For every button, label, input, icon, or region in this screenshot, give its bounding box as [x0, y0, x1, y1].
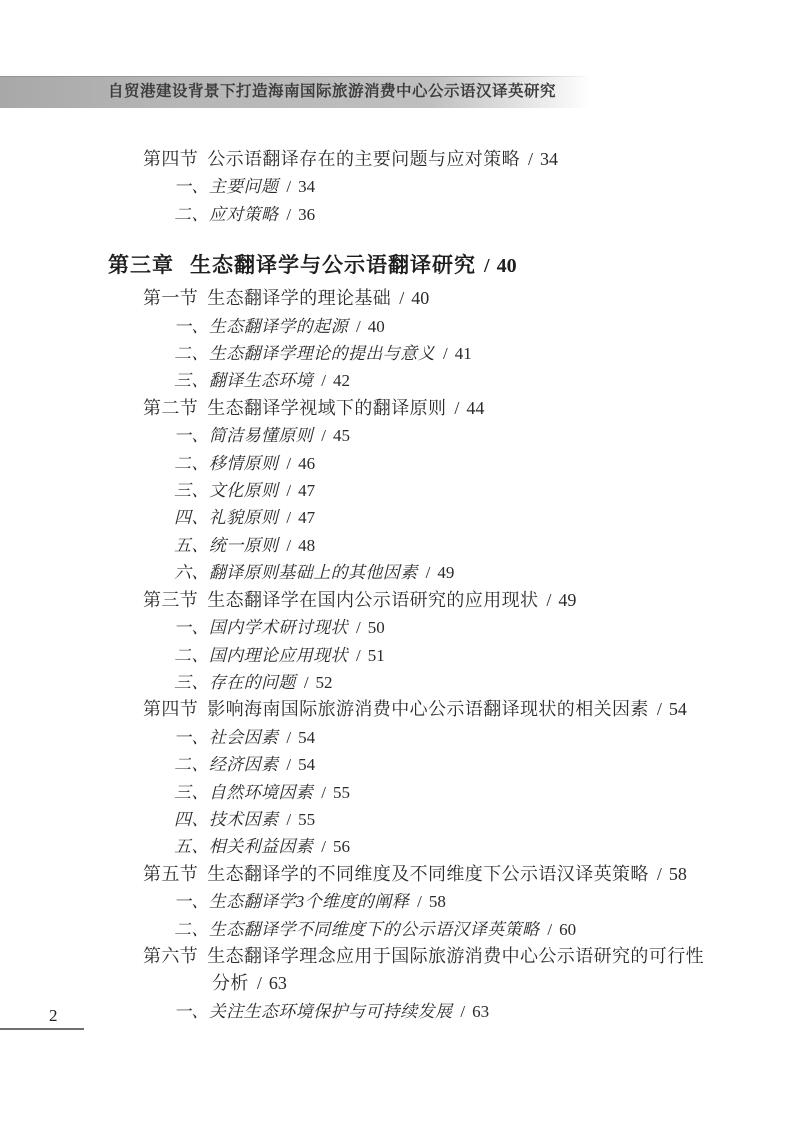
toc-entry: 第五节生态翻译学的不同维度及不同维度下公示语汉译英策略/58	[0, 861, 799, 888]
toc-entry-title: 经济因素	[209, 755, 279, 774]
toc-entry-page: 54	[298, 755, 315, 774]
toc-entry-label: 三、	[174, 481, 209, 500]
toc-entry-pageref: /58	[409, 892, 446, 911]
toc-entry-title: 礼貌原则	[209, 508, 279, 527]
page-separator: /	[356, 618, 361, 637]
toc-entry-label: 第四节	[143, 699, 198, 719]
toc-entry-pageref: /58	[649, 864, 687, 884]
toc-entry-title: 生态翻译学理论的提出与意义	[209, 344, 435, 363]
toc-entry-title: 移情原则	[209, 454, 279, 473]
toc-entry-pageref: /63	[249, 973, 287, 993]
page-separator: /	[286, 728, 291, 747]
toc-entry-label: 第三章	[108, 254, 174, 277]
toc-entry-page: 34	[540, 149, 558, 169]
toc-entry-page: 34	[298, 177, 315, 196]
toc-entry-title: 应对策略	[209, 205, 279, 224]
toc-entry-title: 简洁易懂原则	[209, 426, 313, 445]
toc-entry-page: 56	[333, 837, 350, 856]
page-separator: /	[356, 317, 361, 336]
page-separator: /	[528, 149, 533, 169]
toc-entry-page: 49	[558, 590, 576, 610]
page-separator: /	[286, 536, 291, 555]
toc-entry-pageref: /36	[278, 205, 315, 224]
page-footer: 2	[0, 1001, 84, 1030]
toc-entry-label: 第三节	[143, 590, 198, 610]
toc-entry: 一、主要问题/34	[0, 173, 799, 200]
toc-entry-pageref: /55	[313, 783, 350, 802]
toc-entry-pageref: /40	[391, 288, 429, 308]
toc-entry: 三、翻译生态环境/42	[0, 367, 799, 394]
toc-entry-title: 国内学术研讨现状	[209, 618, 348, 637]
toc-entry-pageref: /52	[296, 673, 333, 692]
page-separator: /	[399, 288, 404, 308]
toc-entry-title: 社会因素	[209, 728, 279, 747]
toc-entry-page: 40	[368, 317, 385, 336]
toc-entry-page: 45	[333, 426, 350, 445]
toc-entry-pageref: /48	[278, 536, 315, 555]
toc-entry-pageref: /60	[539, 920, 576, 939]
toc-entry-pageref: /42	[313, 371, 350, 390]
toc-entry-label: 二、	[174, 454, 209, 473]
toc-entry-page: 63	[472, 1002, 489, 1021]
toc-entry-title: 相关利益因素	[209, 837, 313, 856]
toc-entry-title: 自然环境因素	[209, 783, 313, 802]
toc-entry: 二、应对策略/36	[0, 201, 799, 228]
toc-entry-label: 二、	[174, 755, 209, 774]
toc-entry-title: 翻译生态环境	[209, 371, 313, 390]
toc-entry-page: 44	[466, 398, 484, 418]
toc-entry-label: 第五节	[143, 864, 198, 884]
toc-entry-pageref: /55	[278, 810, 315, 829]
toc-entry-pageref: /51	[348, 646, 385, 665]
toc-entry-label: 一、	[174, 426, 209, 445]
page-separator: /	[286, 454, 291, 473]
page-separator: /	[417, 892, 422, 911]
toc-entry-page: 58	[429, 892, 446, 911]
toc-entry-pageref: /45	[313, 426, 350, 445]
toc-entry: 第六节生态翻译学理念应用于国际旅游消费中心公示语研究的可行性分析/63	[0, 943, 799, 998]
toc-entry-page: 46	[298, 454, 315, 473]
page-separator: /	[484, 255, 490, 277]
toc-entry-title: 统一原则	[209, 536, 279, 555]
toc-entry-pageref: /40	[476, 255, 517, 277]
toc-entry-label: 第六节	[143, 946, 198, 966]
toc-entry-label: 三、	[174, 673, 209, 692]
toc-entry-title: 主要问题	[209, 177, 279, 196]
toc-entry-pageref: /49	[418, 563, 455, 582]
toc-entry-page: 47	[298, 481, 315, 500]
toc-entry-title: 翻译原则基础上的其他因素	[209, 563, 418, 582]
toc-entry-page: 58	[669, 864, 687, 884]
toc-entry: 一、简洁易懂原则/45	[0, 422, 799, 449]
toc-entry: 三、存在的问题/52	[0, 669, 799, 696]
toc-entry-page: 54	[298, 728, 315, 747]
page-separator: /	[547, 920, 552, 939]
toc-entry-title: 生态翻译学与公示语翻译研究	[190, 254, 476, 277]
toc-entry-label: 三、	[174, 783, 209, 802]
toc-entry-label: 二、	[174, 205, 209, 224]
toc-entry-title: 存在的问题	[209, 673, 296, 692]
toc-entry: 二、生态翻译学不同维度下的公示语汉译英策略/60	[0, 916, 799, 943]
page-separator: /	[257, 973, 262, 993]
page-separator: /	[321, 837, 326, 856]
toc-entry-pageref: /41	[435, 344, 472, 363]
table-of-contents: 第四节公示语翻译存在的主要问题与应对策略/34一、主要问题/34二、应对策略/3…	[0, 146, 799, 1025]
toc-entry: 四、技术因素/55	[0, 806, 799, 833]
toc-entry: 第四节影响海南国际旅游消费中心公示语翻译现状的相关因素/54	[0, 696, 799, 723]
toc-entry: 五、相关利益因素/56	[0, 833, 799, 860]
toc-entry-page: 42	[333, 371, 350, 390]
toc-entry-label: 二、	[174, 920, 209, 939]
toc-entry-title: 分析	[212, 973, 249, 993]
toc-entry-page: 55	[298, 810, 315, 829]
toc-entry-pageref: /34	[278, 177, 315, 196]
toc-entry-pageref: /50	[348, 618, 385, 637]
page-separator: /	[454, 398, 459, 418]
toc-entry-title: 生态翻译学3个维度的阐释	[209, 892, 409, 911]
toc-entry-page: 54	[669, 699, 687, 719]
toc-entry-title: 公示语翻译存在的主要问题与应对策略	[207, 149, 520, 169]
toc-entry: 第三节生态翻译学在国内公示语研究的应用现状/49	[0, 587, 799, 614]
page-separator: /	[286, 177, 291, 196]
toc-entry-title: 文化原则	[209, 481, 279, 500]
page-separator: /	[657, 864, 662, 884]
toc-entry-label: 一、	[174, 618, 209, 637]
toc-entry-title: 生态翻译学的不同维度及不同维度下公示语汉译英策略	[207, 864, 649, 884]
toc-entry-continuation: 分析/63	[143, 970, 799, 997]
toc-entry-title: 生态翻译学在国内公示语研究的应用现状	[207, 590, 538, 610]
toc-entry: 六、翻译原则基础上的其他因素/49	[0, 559, 799, 586]
toc-entry: 二、国内理论应用现状/51	[0, 642, 799, 669]
toc-entry-title: 影响海南国际旅游消费中心公示语翻译现状的相关因素	[207, 699, 649, 719]
toc-entry-label: 一、	[174, 1002, 209, 1021]
toc-entry-pageref: /56	[313, 837, 350, 856]
toc-entry-label: 一、	[174, 317, 209, 336]
toc-entry-page: 51	[368, 646, 385, 665]
toc-entry-title: 国内理论应用现状	[209, 646, 348, 665]
toc-entry-pageref: /54	[278, 755, 315, 774]
toc-entry: 二、经济因素/54	[0, 751, 799, 778]
toc-entry-label: 第一节	[143, 288, 198, 308]
toc-entry-pageref: /44	[446, 398, 484, 418]
toc-entry-pageref: /47	[278, 481, 315, 500]
toc-entry-pageref: /46	[278, 454, 315, 473]
toc-entry-title: 关注生态环境保护与可持续发展	[209, 1002, 453, 1021]
toc-entry-page: 36	[298, 205, 315, 224]
toc-entry-label: 一、	[174, 892, 209, 911]
page-separator: /	[286, 481, 291, 500]
toc-entry-page: 63	[269, 973, 287, 993]
toc-entry-label: 六、	[174, 563, 209, 582]
toc-entry-page: 60	[559, 920, 576, 939]
toc-entry: 一、国内学术研讨现状/50	[0, 614, 799, 641]
toc-entry-page: 47	[298, 508, 315, 527]
toc-entry-label: 一、	[174, 177, 209, 196]
toc-entry-label: 第四节	[143, 149, 198, 169]
page-separator: /	[286, 755, 291, 774]
toc-entry-page: 52	[316, 673, 333, 692]
toc-entry-label: 五、	[174, 536, 209, 555]
page-separator: /	[356, 646, 361, 665]
toc-entry-pageref: /54	[649, 699, 687, 719]
running-head-title: 自贸港建设背景下打造海南国际旅游消费中心公示语汉译英研究	[0, 76, 799, 108]
toc-entry-pageref: /40	[348, 317, 385, 336]
page-separator: /	[657, 699, 662, 719]
toc-entry-page: 49	[437, 563, 454, 582]
toc-entry: 第三章生态翻译学与公示语翻译研究/40	[0, 250, 799, 282]
toc-entry-label: 二、	[174, 344, 209, 363]
page-separator: /	[546, 590, 551, 610]
toc-entry-page: 50	[368, 618, 385, 637]
page-number-label: 2	[0, 1001, 84, 1030]
toc-entry-label: 五、	[174, 837, 209, 856]
toc-entry-label: 一、	[174, 728, 209, 747]
page-separator: /	[460, 1002, 465, 1021]
toc-entry-label: 第二节	[143, 398, 198, 418]
toc-entry: 一、生态翻译学的起源/40	[0, 313, 799, 340]
toc-entry-title: 生态翻译学的起源	[209, 317, 348, 336]
toc-entry-pageref: /63	[452, 1002, 489, 1021]
toc-entry-page: 41	[455, 344, 472, 363]
toc-entry-page: 40	[411, 288, 429, 308]
toc-entry-pageref: /47	[278, 508, 315, 527]
toc-entry-label: 四、	[174, 508, 209, 527]
toc-entry: 一、关注生态环境保护与可持续发展/63	[0, 998, 799, 1025]
toc-entry: 二、移情原则/46	[0, 450, 799, 477]
toc-entry: 三、文化原则/47	[0, 477, 799, 504]
page-separator: /	[286, 205, 291, 224]
page-separator: /	[321, 783, 326, 802]
toc-entry-label: 二、	[174, 646, 209, 665]
toc-entry: 二、生态翻译学理论的提出与意义/41	[0, 340, 799, 367]
toc-entry-title: 生态翻译学的理论基础	[207, 288, 391, 308]
page-separator: /	[286, 810, 291, 829]
toc-entry: 第四节公示语翻译存在的主要问题与应对策略/34	[0, 146, 799, 173]
page-separator: /	[304, 673, 309, 692]
toc-entry-pageref: /34	[520, 149, 558, 169]
toc-entry: 第一节生态翻译学的理论基础/40	[0, 285, 799, 312]
toc-entry-title: 技术因素	[209, 810, 279, 829]
page-separator: /	[443, 344, 448, 363]
running-head-bar: 自贸港建设背景下打造海南国际旅游消费中心公示语汉译英研究	[0, 76, 799, 108]
toc-entry: 四、礼貌原则/47	[0, 504, 799, 531]
toc-entry-pageref: /49	[538, 590, 576, 610]
toc-entry-page: 40	[497, 255, 517, 277]
toc-entry: 第二节生态翻译学视域下的翻译原则/44	[0, 395, 799, 422]
toc-entry-label: 四、	[174, 810, 209, 829]
toc-entry-label: 三、	[174, 371, 209, 390]
page-separator: /	[426, 563, 431, 582]
toc-entry: 五、统一原则/48	[0, 532, 799, 559]
toc-entry: 一、生态翻译学3个维度的阐释/58	[0, 888, 799, 915]
toc-entry: 三、自然环境因素/55	[0, 779, 799, 806]
page-separator: /	[321, 426, 326, 445]
toc-entry-pageref: /54	[278, 728, 315, 747]
toc-entry-title: 生态翻译学不同维度下的公示语汉译英策略	[209, 920, 540, 939]
page-separator: /	[321, 371, 326, 390]
page-separator: /	[286, 508, 291, 527]
toc-entry-title: 生态翻译学理念应用于国际旅游消费中心公示语研究的可行性	[207, 946, 704, 966]
toc-entry-page: 55	[333, 783, 350, 802]
toc-entry-title: 生态翻译学视域下的翻译原则	[207, 398, 446, 418]
toc-entry: 一、社会因素/54	[0, 724, 799, 751]
toc-entry-page: 48	[298, 536, 315, 555]
